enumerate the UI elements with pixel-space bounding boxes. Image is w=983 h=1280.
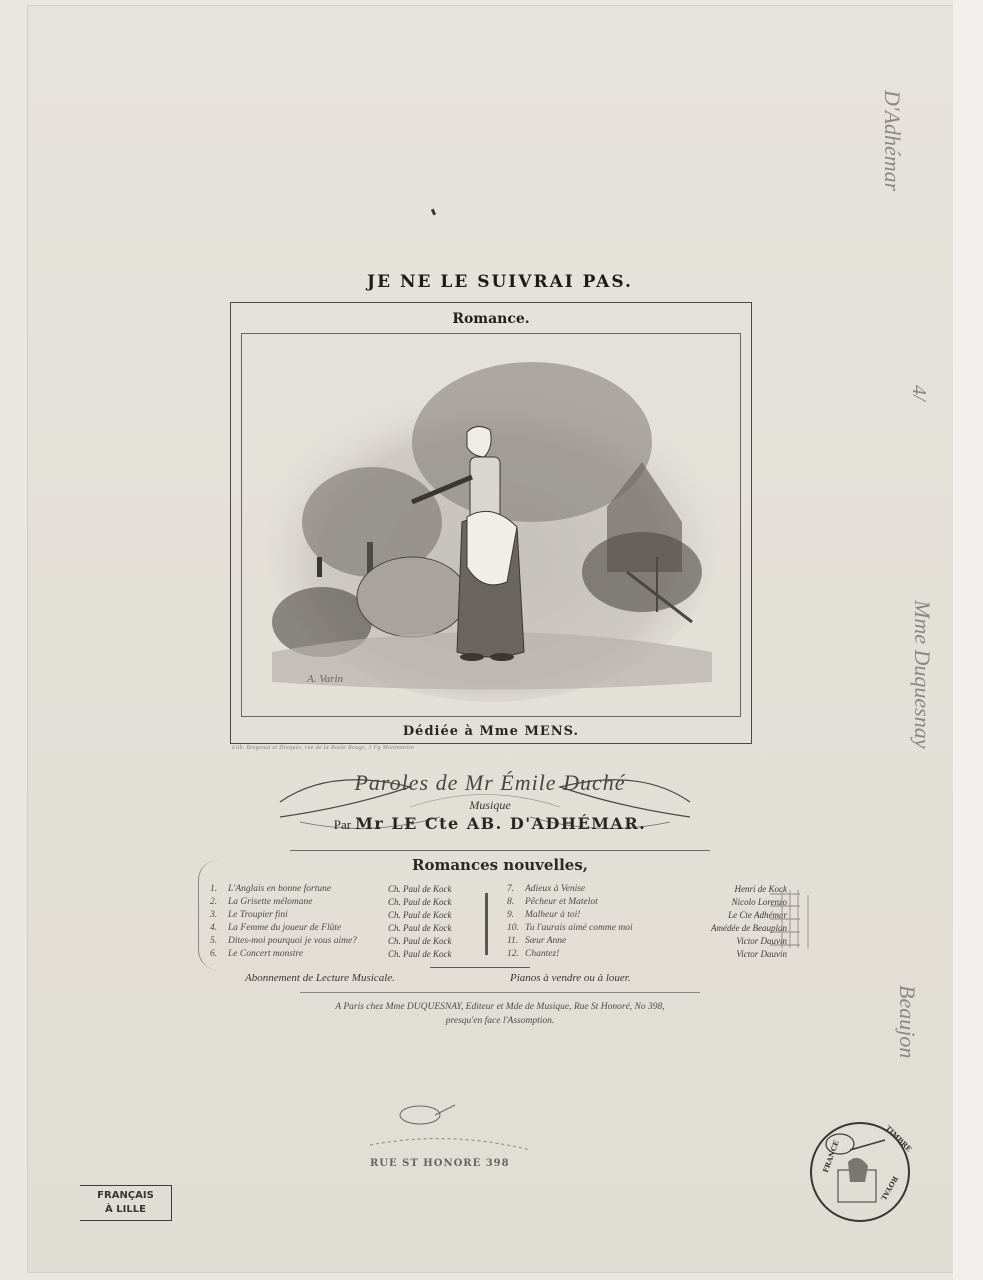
- faint-stamp: RUE ST HONORÉ 398: [340, 1100, 560, 1190]
- catalog-row: 5.Dites-moi pourquoi je vous aime?Ch. Pa…: [210, 935, 488, 948]
- rule-divider: [430, 967, 530, 968]
- catalog-row: 12.Chantez!Victor Dauvin: [507, 948, 787, 961]
- song-author: Ch. Paul de Kock: [388, 909, 488, 922]
- song-number: 10.: [507, 922, 525, 935]
- rule-divider: [300, 992, 700, 993]
- pencil-annotation-mark: 4/: [907, 385, 930, 401]
- genre-subtitle: Romance.: [231, 311, 751, 327]
- catalog-row: 7.Adieux à VeniseHenri de Kock: [507, 883, 787, 896]
- song-number: 11.: [507, 935, 525, 948]
- song-number: 2.: [210, 896, 228, 909]
- lyricist-credit: Paroles de Mr Émile Duché: [280, 770, 700, 796]
- catalog-row: 4.La Femme du joueur de FlûteCh. Paul de…: [210, 922, 488, 935]
- rule-divider: [290, 850, 710, 851]
- catalog-row: 6.Le Concert monstreCh. Paul de Kock: [210, 948, 488, 961]
- song-number: 6.: [210, 948, 228, 961]
- song-number: 5.: [210, 935, 228, 948]
- catalog-row: 2.La Grisette mélomaneCh. Paul de Kock: [210, 896, 488, 909]
- song-number: 8.: [507, 896, 525, 909]
- catalog-list-right: 7.Adieux à VeniseHenri de Kock 8.Pêcheur…: [507, 883, 787, 961]
- song-number: 9.: [507, 909, 525, 922]
- column-divider: [485, 893, 488, 955]
- pencil-tally-marks: [770, 890, 820, 952]
- catalog-row: 11.Sœur AnneVictor Dauvin: [507, 935, 787, 948]
- song-title-entry: Malheur à toi!: [525, 909, 687, 922]
- stamp-emblem-icon: [340, 1100, 560, 1190]
- catalog-row: 10.Tu l'aurais aimé comme moiAmédée de B…: [507, 922, 787, 935]
- lithograph-illustration: A. Varin: [262, 352, 722, 702]
- service-pianos: Pianos à vendre ou à louer.: [510, 972, 631, 984]
- illustration-frame: Romance.: [230, 302, 752, 744]
- pencil-annotation-publisher: Mme Duquesnay: [909, 600, 935, 748]
- song-title-entry: Dites-moi pourquoi je vous aime?: [228, 935, 388, 948]
- song-number: 4.: [210, 922, 228, 935]
- song-author: Ch. Paul de Kock: [388, 922, 488, 935]
- pencil-annotation-name: D'Adhémar: [879, 90, 905, 191]
- catalog-list-left: 1.L'Anglais en bonne fortuneCh. Paul de …: [210, 883, 488, 961]
- dedication: Dédiée à Mme MENS.: [231, 724, 751, 739]
- song-author: Ch. Paul de Kock: [388, 883, 488, 896]
- song-title-entry: La Femme du joueur de Flûte: [228, 922, 388, 935]
- song-title-entry: La Grisette mélomane: [228, 896, 388, 909]
- song-number: 1.: [210, 883, 228, 896]
- library-stamp: FRANÇAIS À LILLE: [80, 1185, 172, 1221]
- royal-tax-stamp: TIMBRE ROYAL FRANCE: [810, 1122, 910, 1222]
- catalog-row: 1.L'Anglais en bonne fortuneCh. Paul de …: [210, 883, 488, 896]
- faint-stamp-text: RUE ST HONORÉ 398: [370, 1158, 510, 1169]
- song-title-entry: Tu l'aurais aimé comme moi: [525, 922, 687, 935]
- catalog-row: 9.Malheur à toi!Le Cte Adhémar: [507, 909, 787, 922]
- song-title-entry: Le Troupier fini: [228, 909, 388, 922]
- svg-text:A. Varin: A. Varin: [306, 673, 344, 685]
- publisher-line-1: A Paris chez Mme DUQUESNAY, Editeur et M…: [250, 1000, 750, 1014]
- scan-margin: [953, 0, 983, 1280]
- composer-prefix: Par: [334, 817, 351, 832]
- song-number: 7.: [507, 883, 525, 896]
- lithographer-imprint: Lith. Bregeaut et Diaquès, rue de la Bou…: [232, 745, 414, 751]
- song-title-entry: L'Anglais en bonne fortune: [228, 883, 388, 896]
- publisher-line-2: presqu'en face l'Assomption.: [250, 1014, 750, 1028]
- song-title-entry: Sœur Anne: [525, 935, 687, 948]
- illustration-inner-frame: A. Varin: [241, 333, 741, 717]
- catalog-row: 3.Le Troupier finiCh. Paul de Kock: [210, 909, 488, 922]
- composer-credit: Par Mr LE Cte AB. D'ADHÉMAR.: [280, 814, 700, 834]
- song-title: JE NE LE SUIVRAI PAS.: [300, 272, 700, 292]
- composer-name: Mr LE Cte AB. D'ADHÉMAR.: [355, 814, 646, 833]
- song-author: Ch. Paul de Kock: [388, 935, 488, 948]
- song-title-entry: Pêcheur et Matelot: [525, 896, 687, 909]
- song-author: Ch. Paul de Kock: [388, 896, 488, 909]
- song-number: 3.: [210, 909, 228, 922]
- song-title-entry: Chantez!: [525, 948, 687, 961]
- song-title-entry: Le Concert monstre: [228, 948, 388, 961]
- library-stamp-line-1: FRANÇAIS: [80, 1189, 171, 1203]
- song-author: Ch. Paul de Kock: [388, 948, 488, 961]
- pencil-annotation-bottom: Beaujon: [894, 985, 920, 1058]
- music-label: Musique: [280, 798, 700, 813]
- catalog-row: 8.Pêcheur et MatelotNicolo Lorenzo: [507, 896, 787, 909]
- song-number: 12.: [507, 948, 525, 961]
- library-stamp-line-2: À LILLE: [80, 1203, 171, 1217]
- service-reading-subscription: Abonnement de Lecture Musicale.: [245, 972, 395, 984]
- publisher-address: A Paris chez Mme DUQUESNAY, Editeur et M…: [250, 1000, 750, 1028]
- catalog-heading: Romances nouvelles,: [300, 856, 700, 874]
- song-title-entry: Adieux à Venise: [525, 883, 687, 896]
